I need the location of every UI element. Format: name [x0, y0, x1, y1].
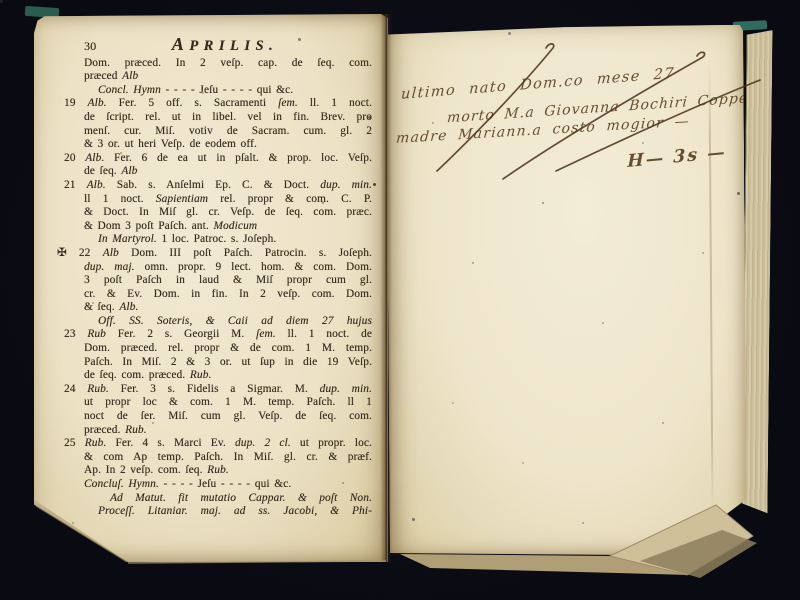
- text-line: ut propr loc & com. 1 M. temp. Paſch. ll…: [64, 396, 372, 410]
- text-line: ✠ 22 Alb Dom. III poſt Paſch. Patrocin. …: [64, 247, 372, 261]
- text-line: præced. Rub.: [64, 424, 372, 438]
- text-line: In Martyrol. 1 loc. Patroc. s. Joſeph.: [64, 233, 372, 247]
- left-page: 30 APRILIS. Dom. præced. In 2 veſp. cap.…: [34, 14, 388, 562]
- text-line: Concluſ. Hymn. - - - - Jeſu - - - - qui …: [64, 478, 372, 492]
- text-line: 23 Rub Fer. 2 s. Georgii M. ſem. ll. 1 n…: [64, 328, 372, 342]
- text-line: cr. & Ev. Dom. in fin. In 2 veſp. com. D…: [64, 288, 372, 302]
- text-line: & 3 or. ut heri Veſp. de eodem off.: [64, 138, 372, 152]
- text-line: & ſeq. Alb.: [64, 301, 372, 315]
- page-number: 30: [84, 40, 130, 54]
- right-page: ultimo nato Dom.co mese 27 morto M.a Gio…: [386, 25, 747, 557]
- page-header: 30 APRILIS.: [64, 38, 372, 54]
- text-line: præced Alb: [64, 70, 372, 84]
- book-gutter: [380, 14, 392, 562]
- ink-spots: [0, 0, 3, 3]
- text-line: 24 Rub. Fer. 3 s. Fidelis a Sigmar. M. d…: [64, 383, 372, 397]
- book-photo: 30 APRILIS. Dom. præced. In 2 veſp. cap.…: [0, 0, 800, 600]
- page-stack-edge: [741, 30, 772, 518]
- text-line: Paſch. In Miſ. 2 & 3 or. ut ſup in die 1…: [64, 356, 372, 370]
- text-line: menſ. cur. Miſ. votiv de Sacram. cum. gl…: [64, 125, 372, 139]
- text-line: 20 Alb. Fer. 6 de ea ut in pſalt. & prop…: [64, 152, 372, 166]
- text-line: Off. SS. Soteris, & Caii ad diem 27 huju…: [64, 315, 372, 329]
- text-line: ll 1 noct. Sapientiam rel. propr & com. …: [64, 193, 372, 207]
- text-line: 3 poſt Paſch in laud & Miſ propr cum gl.: [64, 274, 372, 288]
- text-line: 19 Alb. Fer. 5 off. s. Sacramenti ſem. l…: [64, 97, 372, 111]
- text-line: 25 Rub. Fer. 4 s. Marci Ev. dup. 2 cl. u…: [64, 437, 372, 451]
- text-line: Ap. In 2 veſp. com. ſeq. Rub.: [64, 464, 372, 478]
- text-line: de ſeq. com. præced. Rub.: [64, 369, 372, 383]
- page-crease-line: [708, 59, 713, 511]
- text-line: Dom. præced. In 2 veſp. cap. de ſeq. com…: [64, 57, 372, 71]
- text-line: de ſcript. rel. ut in libel. vel in fin.…: [64, 111, 372, 125]
- bottom-page-edges: [400, 554, 690, 575]
- text-line: 21 Alb. Sab. s. Anſelmi Ep. C. & Doct. d…: [64, 179, 372, 193]
- handwriting-amount: H— 3s —: [627, 142, 727, 171]
- page-title: APRILIS.: [130, 38, 372, 54]
- text-line: Ad Matut. fit mutatio Cappar. & poſt Non…: [64, 492, 372, 506]
- printed-text: 30 APRILIS. Dom. præced. In 2 veſp. cap.…: [64, 38, 372, 519]
- text-line: Proceſſ. Litaniar. maj. ad ss. Jacobi, &…: [64, 505, 372, 519]
- text-line: noct de ſer. Miſ. cum gl. Veſp. de ſeq. …: [64, 410, 372, 424]
- text-line: & Doct. In Miſ gl. cr. Veſp. de ſeq. com…: [64, 206, 372, 220]
- text-line: de ſeq. Alb: [64, 165, 372, 179]
- foxing-speckles: [0, 0, 2, 2]
- text-line: & com Ap temp. Paſch. In Miſ. gl. cr. & …: [64, 451, 372, 465]
- text-line: & Dom 3 poſt Paſch. ant. Modicum: [64, 220, 372, 234]
- printed-lines: Dom. præced. In 2 veſp. cap. de ſeq. com…: [64, 57, 372, 519]
- text-line: Concl. Hymn - - - - Jeſu - - - - qui &c.: [64, 84, 372, 98]
- text-line: dup. maj. omn. propr. 9 lect. hom. & com…: [64, 261, 372, 275]
- text-line: Dom. præced. rel. propr & de com. 1 M. t…: [64, 342, 372, 356]
